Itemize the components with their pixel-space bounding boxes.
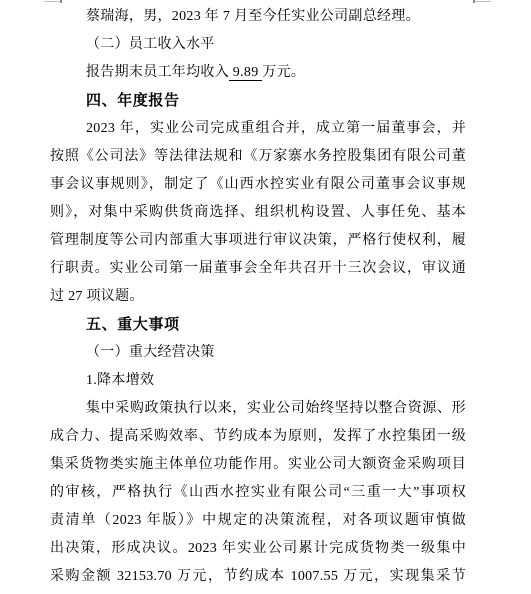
text-line: 报告期末员工年均收入 9.89 万元。: [50, 59, 466, 87]
margin-mark-tick: [473, 0, 475, 3]
text-line: 出决策，形成决议。2023 年实业公司累计完成货物类一级集中: [50, 535, 466, 563]
text-line: 2023 年，实业公司完成重组合并，成立第一届董事会，并: [50, 115, 466, 143]
text-segment: 万元。: [262, 65, 305, 80]
heading-line: 五、重大事项: [50, 311, 466, 339]
heading-line: 四、年度报告: [50, 87, 466, 115]
text-line: 过 27 项议题。: [50, 283, 466, 311]
text-line: 成合力、提高采购效率、节约成本为原则，发挥了水控集团一级: [50, 423, 466, 451]
text-line: 管理制度等公司内部重大事项进行审议决策，严格行使权利，履: [50, 227, 466, 255]
document-lines: 蔡瑞海，男，2023 年 7 月至今任实业公司副总经理。（二）员工收入水平报告期…: [50, 3, 466, 591]
text-line: 集中采购政策执行以来，实业公司始终坚持以整合资源、形: [50, 395, 466, 423]
text-line: 1.降本增效: [50, 367, 466, 395]
underlined-value: 9.89: [229, 65, 262, 81]
text-segment: 报告期末员工年均收入: [86, 65, 229, 80]
text-line: 行职责。实业公司第一届董事会全年共召开十三次会议，审议通: [50, 255, 466, 283]
text-line: 采购金额 32153.70 万元，节约成本 1007.55 万元，实现集采节: [50, 563, 466, 591]
top-left-margin-mark: [44, 1, 62, 2]
text-line: 集采货物类实施主体单位功能作用。实业公司大额资金采购项目: [50, 451, 466, 479]
text-line: 责清单（2023 年版）》中规定的决策流程，对各项议题审慎做: [50, 507, 466, 535]
text-line: 的审核，严格执行《山西水控实业有限公司“三重一大”事项权: [50, 479, 466, 507]
document-page: 蔡瑞海，男，2023 年 7 月至今任实业公司副总经理。（二）员工收入水平报告期…: [0, 0, 531, 594]
text-line: （一）重大经营决策: [50, 339, 466, 367]
text-line: （二）员工收入水平: [50, 31, 466, 59]
text-line: 按照《公司法》等法律法规和《万家寨水务控股集团有限公司董: [50, 143, 466, 171]
top-right-margin-mark: [473, 1, 491, 2]
text-line: 蔡瑞海，男，2023 年 7 月至今任实业公司副总经理。: [50, 3, 466, 31]
text-line: 则》，对集中采购供货商选择、组织机构设置、人事任免、基本: [50, 199, 466, 227]
text-line: 事会议事规则》，制定了《山西水控实业有限公司董事会议事规: [50, 171, 466, 199]
